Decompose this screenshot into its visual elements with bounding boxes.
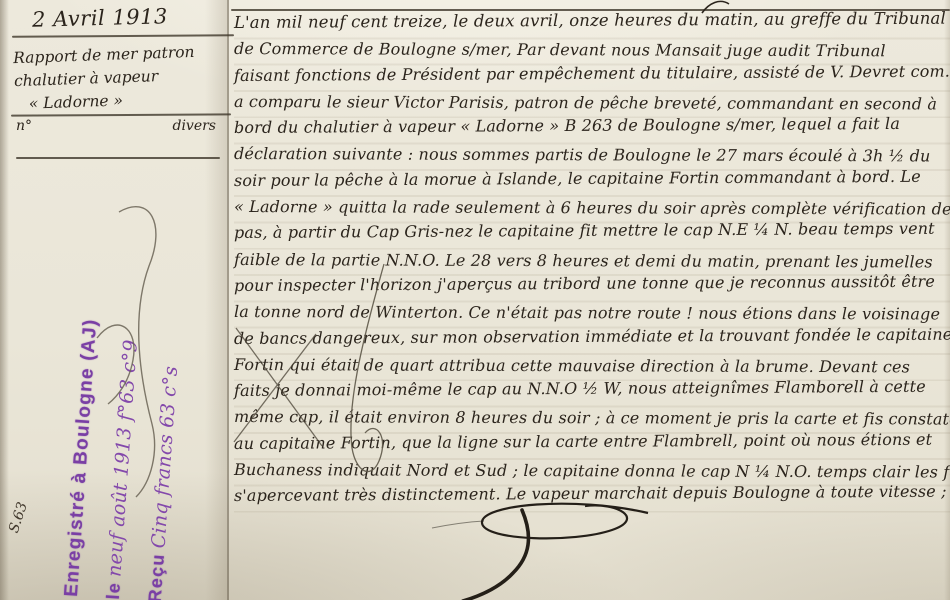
number-label: n° <box>16 118 32 134</box>
registration-stamp: Enregistré à Boulogne (AJ) le neuf août … <box>51 274 201 600</box>
page-fold-line <box>227 0 229 600</box>
text-line: bord du chalutier à vapeur « Ladorne » B… <box>234 114 950 145</box>
text-line: faisant fonctions de Président par empêc… <box>234 61 950 92</box>
page-fold-shading <box>205 0 227 600</box>
margin-date: 2 Avril 1913 <box>32 4 168 32</box>
text-line: pas, à partir du Cap Gris-nez le capitai… <box>234 219 950 250</box>
text-line: de bancs dangereux, sur mon observation … <box>234 324 950 355</box>
margin-rule-3 <box>16 157 220 159</box>
text-line: pour inspecter l'horizon j'aperçus au tr… <box>234 272 950 303</box>
stamp-handwritten-text: neuf août 1913 f°63 c°9 <box>103 339 142 578</box>
margin-number-line: n° divers <box>16 118 216 134</box>
text-line: s'apercevant très distinctement. Le vape… <box>234 482 950 513</box>
text-line: au capitaine Fortin, que la ligne sur la… <box>234 429 950 460</box>
stamp-printed-text: le <box>103 581 124 600</box>
margin-note: Rapport de mer patron chalutier à vapeur… <box>13 41 197 116</box>
body-text: L'an mil neuf cent treize, le deux avril… <box>234 13 950 513</box>
number-value: divers <box>172 118 216 134</box>
stamp-handwritten-text: Cinq francs 63 c°s <box>147 365 182 549</box>
text-line: L'an mil neuf cent treize, le deux avril… <box>234 9 950 40</box>
text-line: faits je donnai moi-même le cap au N.N.O… <box>234 377 950 408</box>
text-line: soir pour la pêche à la morue à Islande,… <box>234 166 950 197</box>
stamp-printed-text: Reçu <box>145 553 168 600</box>
